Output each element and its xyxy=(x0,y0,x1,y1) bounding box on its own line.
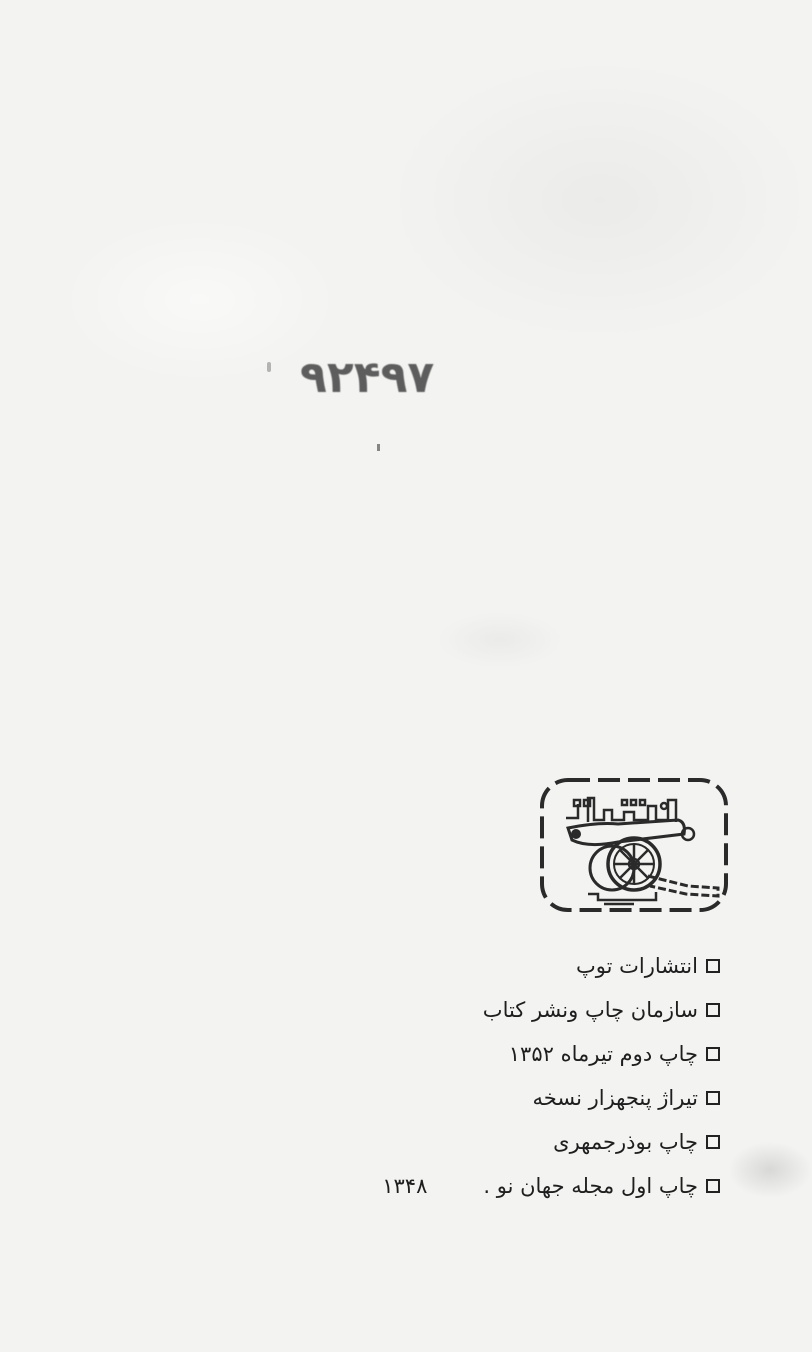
ink-speck xyxy=(267,362,271,372)
cannon-logo-icon xyxy=(538,776,730,914)
imprint-print-run: تیراژ پنجهزار نسخه xyxy=(382,1076,720,1120)
checkbox-square-icon xyxy=(706,959,720,973)
checkbox-square-icon xyxy=(706,1003,720,1017)
stamped-number: ۹۲۴۹۷ xyxy=(300,352,434,403)
imprint-text: چاپ اول مجله جهان نو . xyxy=(483,1164,698,1208)
imprint-edition: چاپ دوم تیرماه ۱۳۵۲ xyxy=(382,1032,720,1076)
imprint-organization: سازمان چاپ ونشر کتاب xyxy=(382,988,720,1032)
checkbox-square-icon xyxy=(706,1179,720,1193)
ink-speck xyxy=(377,444,380,451)
imprint-text: چاپ دوم تیرماه ۱۳۵۲ xyxy=(509,1032,698,1076)
checkbox-square-icon xyxy=(706,1047,720,1061)
imprint-text: تیراژ پنجهزار نسخه xyxy=(533,1076,698,1120)
imprint-printer: چاپ بوذرجمهری xyxy=(382,1120,720,1164)
imprint-text: چاپ بوذرجمهری xyxy=(553,1120,698,1164)
imprint-text: سازمان چاپ ونشر کتاب xyxy=(483,988,698,1032)
checkbox-square-icon xyxy=(706,1135,720,1149)
imprint-year: ۱۳۴۸ xyxy=(382,1164,427,1208)
checkbox-square-icon xyxy=(706,1091,720,1105)
imprint-text: انتشارات توپ xyxy=(576,944,698,988)
imprint-block: انتشارات توپ سازمان چاپ ونشر کتاب چاپ دو… xyxy=(382,944,720,1208)
imprint-publisher: انتشارات توپ xyxy=(382,944,720,988)
imprint-first-print: چاپ اول مجله جهان نو . ۱۳۴۸ xyxy=(382,1164,720,1208)
